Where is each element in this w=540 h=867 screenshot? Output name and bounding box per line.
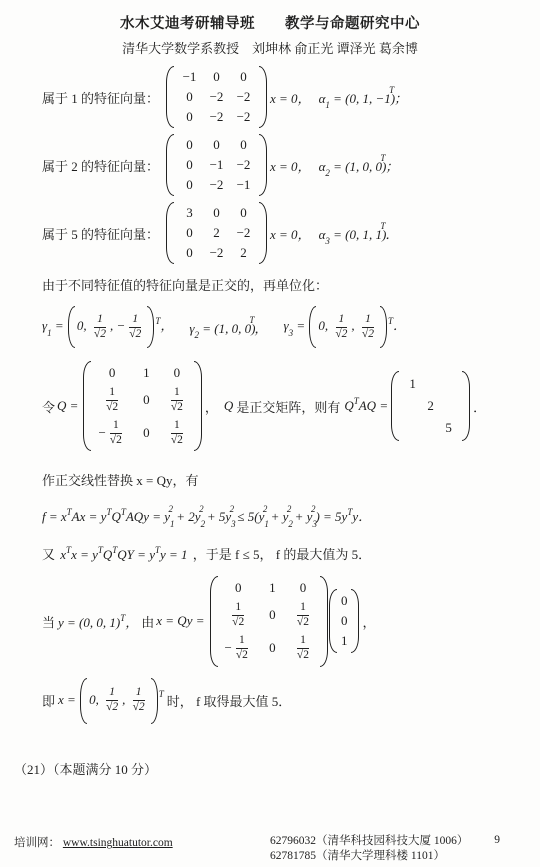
matrix-grid: 0 1 0 1√2 0 1√2 −1√2 0 1√2 (91, 361, 193, 451)
eigen-block-1: 属于 1 的特征向量： −1 0 0 0 −2 −2 0 −2 −2 x = 0… (42, 66, 530, 128)
f-equation: f = xTAx = yTQTAQy = y12 + 2y22 + 5y32 ≤… (42, 506, 530, 525)
x-equation: x = 0， (270, 88, 311, 107)
matrix-cell: 0 (186, 109, 193, 125)
matrix-cell: 1√2 (293, 601, 313, 629)
right-paren (259, 66, 267, 128)
matrix-cell: −2 (237, 89, 251, 105)
left-paren (83, 361, 91, 451)
eigen-label: 属于 2 的特征向量： (42, 156, 159, 175)
eigen-block-2: 属于 2 的特征向量： 0 0 0 0 −1 −2 0 −2 −1 x = 0，… (42, 134, 530, 196)
period: ． (473, 397, 486, 416)
matrix-cell: 0 (213, 137, 220, 153)
vector-cell: 0 (341, 613, 348, 629)
document-page: 水木艾迪考研辅导班 教学与命题研究中心 清华大学数学系教授 刘坤林 俞正光 谭泽… (0, 0, 540, 867)
phone-line-1: 62796032（清华科技园科技大厦 1006） (270, 834, 482, 848)
matrix-cell: 1√2 (293, 634, 313, 662)
q-matrix: 0 1 0 1√2 0 1√2 −1√2 0 1√2 (210, 576, 328, 666)
footer-site: 培训网： www.tsinghuatutor.com (14, 834, 270, 850)
eigen-label: 属于 1 的特征向量： (42, 88, 159, 107)
matrix-cell: 1√2 (228, 601, 248, 629)
matrix-cell: 1 (269, 580, 276, 596)
matrix-cell: 0 (213, 69, 220, 85)
matrix-cell: 5 (445, 419, 452, 437)
coefficient-matrix: 0 0 0 0 −1 −2 0 −2 −1 (166, 134, 267, 196)
gamma-1: γ1 = 0, 1√2, −1√2T， (42, 306, 173, 348)
matrix-cell: −2 (237, 225, 251, 241)
x-equation: x = 0， (270, 224, 311, 243)
left-paren (166, 66, 174, 128)
column-vector: 0 0 1 (329, 589, 360, 653)
substitution-note: 作正交线性替换 x = Qy，有 (42, 470, 530, 489)
when-label: 当 (42, 612, 55, 631)
matrix-cell: 0 (240, 205, 247, 221)
matrix-cell: 1√2 (167, 419, 187, 447)
q-definition-line: 令 Q = 0 1 0 1√2 0 1√2 −1√2 0 1√2 ， Q (42, 361, 530, 451)
alpha-vector: α2 = (1, 0, 0)T； (319, 156, 399, 175)
matrix-grid: −1 0 0 0 −2 −2 0 −2 −2 (174, 66, 259, 128)
matrix-cell: 0 (240, 137, 247, 153)
matrix-cell: 0 (269, 607, 276, 623)
footer: 培训网： www.tsinghuatutor.com 62796032（清华科技… (14, 834, 500, 863)
matrix-cell: 2 (427, 397, 434, 415)
header-subtitle: 清华大学数学系教授 刘坤林 俞正光 谭泽光 葛余博 (0, 38, 540, 57)
alpha-vector: α3 = (0, 1, 1)T． (319, 224, 399, 243)
comma: ， (205, 397, 218, 416)
matrix-cell: −2 (237, 109, 251, 125)
matrix-cell: 0 (174, 365, 181, 381)
matrix-cell: 1 (143, 365, 150, 381)
header-title: 水木艾迪考研辅导班 教学与命题研究中心 (0, 0, 540, 33)
matrix-cell: 0 (213, 205, 220, 221)
qtaq-equals: QTAQ = (344, 398, 388, 414)
eigen-label: 属于 5 的特征向量： (42, 224, 159, 243)
matrix-cell: −2 (210, 89, 224, 105)
matrix-cell: 0 (186, 89, 193, 105)
x-equation: x = 0， (270, 156, 311, 175)
matrix-cell: 0 (240, 69, 247, 85)
comma: ， (362, 612, 375, 631)
matrix-cell: −2 (210, 245, 224, 261)
alpha-vector: α1 = (0, 1, −1)T； (319, 88, 408, 107)
xtx-math: xTx = yTQTQY = yTy = 1 (60, 547, 187, 562)
matrix-cell: 0 (186, 177, 193, 193)
orthogonal-matrix-note: 是正交矩阵，则有 (236, 397, 340, 416)
matrix-cell: 0 (186, 245, 193, 261)
matrix-cell: 0 (186, 225, 193, 241)
left-paren (166, 134, 174, 196)
gamma-3: γ3 = 0, 1√2, 1√2T． (283, 306, 406, 348)
right-paren (351, 589, 359, 653)
y-value: y = (0, 0, 1)T， (58, 612, 138, 631)
coefficient-matrix: 3 0 0 0 2 −2 0 −2 2 (166, 202, 267, 264)
matrix-grid: 1 2 5 (399, 371, 462, 441)
vector-cell: 0 (341, 593, 348, 609)
matrix-cell: 2 (213, 225, 220, 241)
matrix-grid: 3 0 0 0 2 −2 0 −2 2 (174, 202, 259, 264)
matrix-cell: 1 (409, 375, 416, 393)
matrix-cell: 2 (240, 245, 247, 261)
matrix-cell: 0 (269, 640, 276, 656)
matrix-grid: 0 0 1 (337, 589, 352, 653)
matrix-cell: −1√2 (98, 419, 125, 447)
result-line: 即 x = 0, 1√2, 1√2T 时， f 取得最大值 5． (42, 678, 530, 724)
matrix-grid: 0 0 0 0 −1 −2 0 −2 −1 (174, 134, 259, 196)
matrix-cell: −2 (210, 109, 224, 125)
coefficient-matrix: −1 0 0 0 −2 −2 0 −2 −2 (166, 66, 267, 128)
matrix-cell: −2 (237, 157, 251, 173)
matrix-cell: −1 (210, 157, 224, 173)
left-paren (166, 202, 174, 264)
eigen-block-3: 属于 5 的特征向量： 3 0 0 0 2 −2 0 −2 2 x = 0， α… (42, 202, 530, 264)
matrix-grid: 0 1 0 1√2 0 1√2 −1√2 0 1√2 (218, 576, 320, 666)
max-value-text: 时， f 取得最大值 5． (167, 691, 292, 710)
x-result-vector: x = 0, 1√2, 1√2T (58, 678, 164, 724)
site-link[interactable]: www.tsinghuatutor.com (63, 837, 173, 849)
gamma-line: γ1 = 0, 1√2, −1√2T， γ2 = (1, 0, 0)T， γ3 … (42, 306, 530, 348)
matrix-cell: 0 (235, 580, 242, 596)
solution-body: 属于 1 的特征向量： −1 0 0 0 −2 −2 0 −2 −2 x = 0… (0, 66, 540, 778)
matrix-cell: −1 (237, 177, 251, 193)
q-equals: Q = (57, 398, 78, 414)
matrix-cell: −1 (183, 69, 197, 85)
matrix-cell: 0 (109, 365, 116, 381)
xtx-equation: 又 xTx = yTQTQY = yTy = 1 ，于是 f ≤ 5， f 的最… (42, 544, 530, 563)
that-is-label: 即 (42, 691, 55, 710)
q-symbol: Q (224, 398, 233, 414)
matrix-cell: −2 (210, 177, 224, 193)
conclusion-text: ，于是 f ≤ 5， f 的最大值为 5． (193, 547, 371, 562)
right-paren (462, 371, 470, 441)
when-line: 当 y = (0, 0, 1)T， 由 x = Qy = 0 1 0 1√2 0… (42, 576, 530, 666)
matrix-cell: 1√2 (102, 386, 122, 414)
matrix-cell: 0 (143, 425, 150, 441)
phone-line-2: 62781785（清华大学理科楼 1101） (270, 849, 482, 863)
page-number: 9 (482, 834, 500, 846)
diagonal-matrix: 1 2 5 (391, 371, 470, 441)
left-paren (329, 589, 337, 653)
vector-cell: 1 (341, 633, 348, 649)
problem-heading: （21）（本题满分 10 分） (14, 759, 530, 778)
also-label: 又 (42, 547, 55, 562)
matrix-cell: 0 (186, 157, 193, 173)
right-paren (194, 361, 202, 451)
right-paren (259, 202, 267, 264)
right-paren (320, 576, 328, 666)
matrix-cell: −1√2 (225, 634, 252, 662)
let-label: 令 (42, 397, 55, 416)
matrix-cell: 3 (186, 205, 193, 221)
orthogonality-note: 由于不同特征值的特征向量是正交的，再单位化： (42, 275, 530, 294)
matrix-cell: 0 (143, 392, 150, 408)
left-paren (210, 576, 218, 666)
q-matrix: 0 1 0 1√2 0 1√2 −1√2 0 1√2 (83, 361, 201, 451)
matrix-cell: 0 (186, 137, 193, 153)
right-paren (259, 134, 267, 196)
from-label: 由 (141, 612, 154, 631)
matrix-cell: 0 (300, 580, 307, 596)
x-qy-equals: x = Qy = (156, 613, 204, 629)
footer-contacts: 62796032（清华科技园科技大厦 1006） 62781785（清华大学理科… (270, 834, 482, 863)
site-label: 培训网： (14, 837, 60, 849)
left-paren (391, 371, 399, 441)
matrix-cell: 1√2 (167, 386, 187, 414)
gamma-2: γ2 = (1, 0, 0)T， (189, 318, 267, 337)
